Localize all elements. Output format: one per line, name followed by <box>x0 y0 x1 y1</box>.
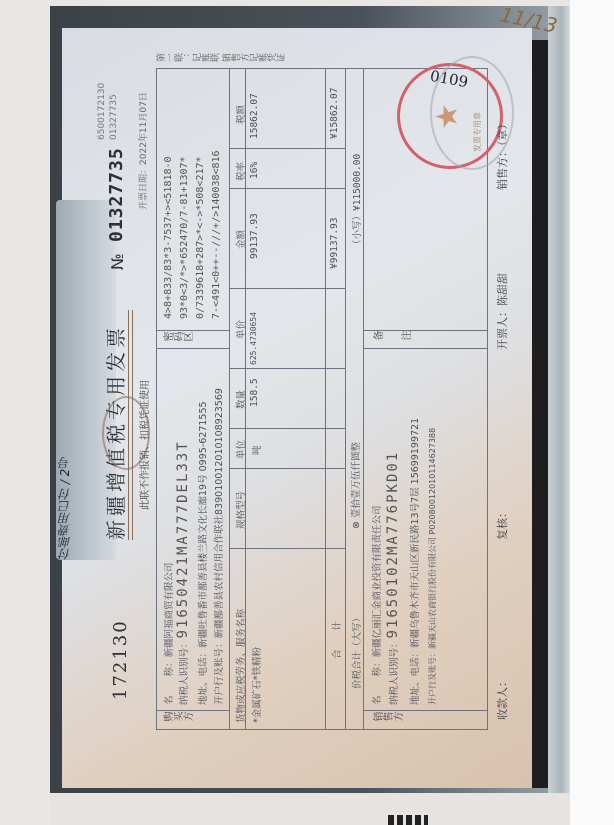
buyer-address-label: 地址、电话： <box>198 648 209 705</box>
remarks-label: 备注 <box>373 330 429 345</box>
buyer-taxid-row: 纳税人识别号：91650421MA777DEL33T <box>175 440 191 705</box>
copy-label: 第一联：记账联 销售方记账凭证 <box>156 52 285 65</box>
item-name: *金属矿石*铁精粉 <box>249 647 263 723</box>
total-amount: ¥99137.93 <box>329 218 340 269</box>
divider <box>229 288 345 289</box>
cipher-area: 4>8+833/83*3-7537+><51818-0 93*0<3/*>*65… <box>161 150 225 319</box>
side-code-line: 01327735 <box>108 83 120 140</box>
item-price: 625.4730654 <box>249 312 258 365</box>
buyer-name-row: 名 称：新疆阿福商贸有限公司 <box>161 562 175 705</box>
side-code-line: 6500172130 <box>96 83 108 140</box>
divider <box>325 69 326 729</box>
divider <box>229 548 345 549</box>
total-label: 合 计 <box>329 621 343 659</box>
seller-section-label: 销售方 <box>373 711 403 726</box>
binder-edge <box>548 6 570 796</box>
bottom-margin <box>50 793 570 825</box>
invoice-subtitle: 此联不作报销、扣税凭证使用 <box>136 380 151 510</box>
invoice-code: 172130 <box>110 619 131 700</box>
seller-name: 新疆亿丽汇金商业投资有限责任公司 <box>372 505 383 657</box>
item-amount: 99137.93 <box>249 213 260 259</box>
seller-address: 新疆乌鲁木齐市天山区新民路13号7层 15699199721 <box>410 418 421 648</box>
cancel-circle-icon: ⊗ <box>351 521 362 529</box>
header-spec: 规格型号 <box>233 491 247 529</box>
issuer-name: 陈甜甜 <box>496 273 509 306</box>
cipher-label-char: 码 <box>173 333 183 344</box>
item-unit: 吨 <box>249 445 263 455</box>
cipher-label-char: 区 <box>183 333 193 344</box>
date-label: 开票日期： <box>139 165 149 210</box>
divider <box>345 69 346 729</box>
cipher-line: 7-<491<0++--///+/>140038<816 <box>209 150 225 319</box>
buyer-bank: 新疆鄯善县农村信用合作联社8390100120101089235​69 <box>214 388 225 638</box>
total-tax: ¥15862.07 <box>329 88 340 139</box>
issue-date: 开票日期：2022年11月07日 <box>136 92 149 210</box>
grand-total-words: 壹拾壹万伍仟圆整 <box>351 442 362 518</box>
gray-seal <box>430 56 514 170</box>
seller-address-label: 地址、电话： <box>410 648 421 705</box>
seller-name-label: 名 称： <box>372 657 383 705</box>
grand-total-small: ¥115000.00 <box>352 154 363 211</box>
payee: 收款人： <box>494 676 510 720</box>
seller-taxid: 91650102MA776PKD01 <box>385 451 401 639</box>
divider <box>229 428 345 429</box>
seller-taxid-row: 纳税人识别号：91650102MA776PKD01 <box>385 451 401 705</box>
cipher-label: 密码区 <box>163 333 193 345</box>
header-unit: 单位 <box>233 440 247 459</box>
buyer-taxid-label: 纳税人识别号： <box>179 638 190 705</box>
issuer-row: 开票人：陈甜甜 <box>494 273 510 350</box>
buyer-section-label: 购买方 <box>163 711 193 726</box>
header-tax: 税额 <box>233 105 247 124</box>
page-footer-mark <box>388 815 428 825</box>
item-rate: 16% <box>249 162 260 179</box>
divider <box>229 188 345 189</box>
seller-bank: 新疆天山农商银行股份有限公司 P020800120101146273​88 <box>428 428 437 649</box>
seller-name-row: 名 称：新疆亿丽汇金商业投资有限责任公司 <box>369 505 383 705</box>
header-rate: 税率 <box>233 162 247 181</box>
seller-bank-label: 开户行及账号： <box>428 649 437 705</box>
cipher-label-char: 密 <box>163 333 173 344</box>
invoice-grid: 购买方 名 称：新疆阿福商贸有限公司 纳税人识别号：91650421MA777D… <box>156 68 488 730</box>
grand-total-small-row: （小写）¥115000.00 <box>349 154 363 249</box>
number-label: № <box>108 253 127 270</box>
buyer-name: 新疆阿福商贸有限公司 <box>164 562 175 657</box>
buyer-taxid: 91650421MA777DEL33T <box>175 440 191 638</box>
header-qty: 数量 <box>233 390 247 409</box>
buyer-address: 新疆吐鲁番市鄯善县楼兰路文化长廊19号 0995-6271555 <box>198 401 209 648</box>
divider <box>229 368 345 369</box>
cipher-line: 93*0<3/*>*65247​0/7-81+1307* <box>177 150 193 319</box>
divider <box>229 148 345 149</box>
issuer-label: 开票人： <box>496 306 509 350</box>
item-tax: 15862.07 <box>249 93 260 139</box>
side-code: 6500172130 01327735 <box>96 83 120 140</box>
vat-invoice: 172130 新疆增值税专用发票 此联不作报销、扣税凭证使用 № 0132773… <box>90 50 530 770</box>
cipher-line: 0/7339618+287>*<->*508<217* <box>193 150 209 319</box>
divider <box>157 330 229 331</box>
divider <box>363 348 487 349</box>
page-margin <box>570 0 614 825</box>
header-item-name: 货物或应税劳务、服务名称 <box>233 609 247 723</box>
divider <box>157 348 229 349</box>
seller-taxid-label: 纳税人识别号： <box>389 638 400 705</box>
seller-address-row: 地址、电话：新疆乌鲁木齐市天山区新民路13号7层 15699199721 <box>407 418 421 705</box>
seller-bank-row: 开户行及账号：新疆天山农商银行股份有限公司 P02080012010114627… <box>427 428 438 705</box>
grand-total-small-label: （小写） <box>352 211 363 249</box>
invoice-container: 172130 新疆增值税专用发票 此联不作报销、扣税凭证使用 № 0132773… <box>90 50 530 770</box>
buyer-bank-label: 开户行及账号： <box>214 638 225 705</box>
date-value: 2022年11月07日 <box>139 92 149 165</box>
header-amount: 金额 <box>233 230 247 249</box>
buyer-bank-row: 开户行及账号：新疆鄯善县农村信用合作联社8390100120101089235​… <box>211 388 225 705</box>
invoice-number: 01327735 <box>106 147 127 242</box>
divider <box>229 69 230 729</box>
reviewer: 复核： <box>494 507 510 540</box>
buyer-address-row: 地址、电话：新疆吐鲁番市鄯善县楼兰路文化长廊19号 0995-6271555 <box>195 401 209 705</box>
divider <box>229 468 345 469</box>
divider <box>363 69 364 729</box>
grand-total-label: 价税合计（大写） <box>349 613 363 689</box>
buyer-name-label: 名 称： <box>164 657 175 705</box>
cipher-line: 4>8+833/83*3-7537+><51818-0 <box>161 150 177 319</box>
item-qty: 158.5 <box>249 378 260 407</box>
grand-total-words-row: ⊗ 壹拾壹万伍仟圆整 <box>348 442 362 529</box>
header-price: 单价 <box>233 320 247 339</box>
